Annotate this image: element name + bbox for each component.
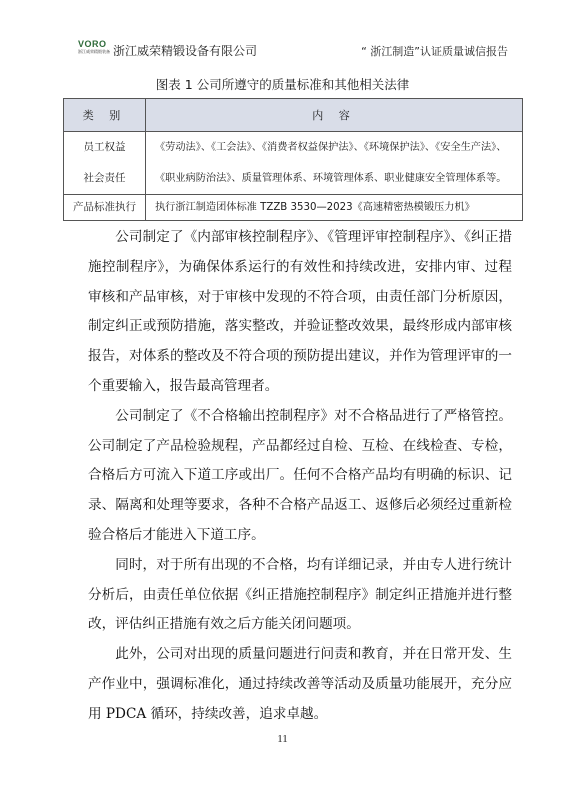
standards-table: 类 别 内 容 员工权益 社会责任 《劳动法》、《工会法》、《消费者权益保护法》… [63, 98, 523, 221]
logo-mark: VORO [78, 40, 112, 49]
category-label: 员工权益 [64, 132, 145, 163]
content-text: 《职业病防治法》、质量管理体系、环境管理体系、职业健康安全管理体系等。 [155, 163, 522, 194]
content-cell: 《劳动法》、《工会法》、《消费者权益保护法》、《环境保护法》、《安全生产法》、 … [146, 132, 523, 195]
page-number: 11 [0, 733, 565, 745]
paragraph: 公司制定了《内部审核控制程序》、《管理评审控制程序》、《纠正措施控制程序》，为确… [88, 223, 512, 402]
paragraph: 公司制定了《不合格输出控制程序》对不合格品进行了严格管控。公司制定了产品检验规程… [88, 402, 512, 551]
column-header-content: 内 容 [146, 99, 523, 132]
company-name: 浙江威荣精锻设备有限公司 [113, 42, 257, 59]
table-header-row: 类 别 内 容 [64, 99, 523, 132]
paragraph: 此外，公司对出现的质量问题进行问责和教育，并在日常开发、生产作业中，强调标准化，… [88, 640, 512, 729]
table-row: 员工权益 社会责任 《劳动法》、《工会法》、《消费者权益保护法》、《环境保护法》… [64, 132, 523, 195]
table-row: 产品标准执行 执行浙江制造团体标准 TZZB 3530—2023《高速精密热模锻… [64, 195, 523, 221]
figure-caption: 图表 1 公司所遵守的质量标准和其他相关法律 [0, 75, 565, 93]
company-logo: VORO 浙江威荣精锻装备 [78, 40, 112, 58]
category-cell: 产品标准执行 [64, 195, 146, 221]
category-label: 社会责任 [64, 163, 145, 194]
body-text: 公司制定了《内部审核控制程序》、《管理评审控制程序》、《纠正措施控制程序》，为确… [88, 223, 512, 730]
column-header-category: 类 别 [64, 99, 146, 132]
paragraph: 同时，对于所有出现的不合格，均有详细记录，并由专人进行统计分析后，由责任单位依据… [88, 551, 512, 640]
report-title: “ 浙江制造”认证质量诚信报告 [361, 43, 508, 59]
category-cell: 员工权益 社会责任 [64, 132, 146, 195]
logo-subtext: 浙江威荣精锻装备 [78, 49, 112, 54]
content-cell: 执行浙江制造团体标准 TZZB 3530—2023《高速精密热模锻压力机》 [146, 195, 523, 221]
content-text: 《劳动法》、《工会法》、《消费者权益保护法》、《环境保护法》、《安全生产法》、 [155, 132, 522, 163]
page-header: VORO 浙江威荣精锻装备 浙江威荣精锻设备有限公司 “ 浙江制造”认证质量诚信… [78, 38, 518, 60]
